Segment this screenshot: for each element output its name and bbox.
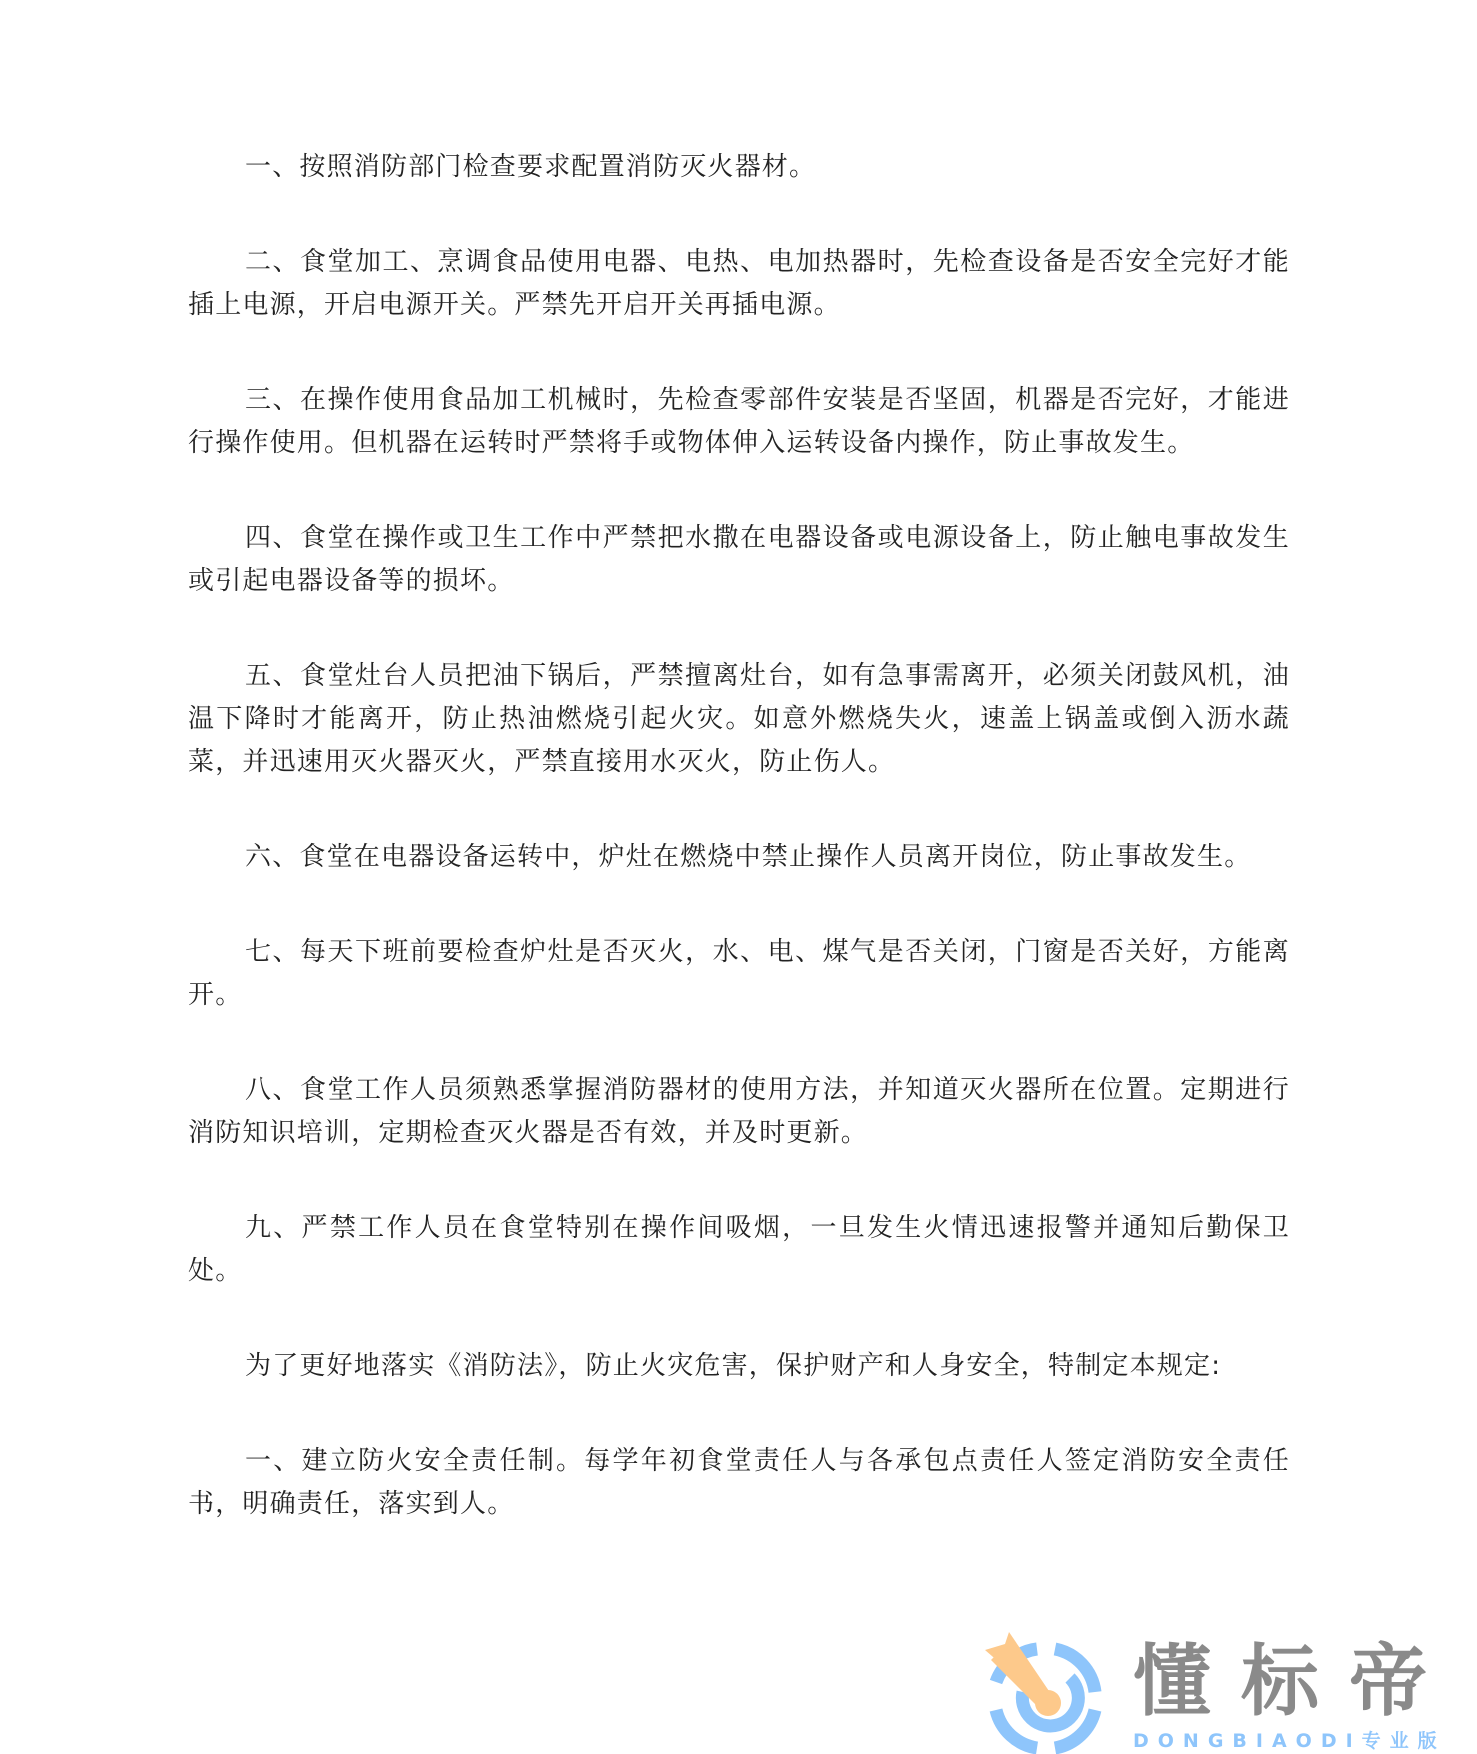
paragraph-4: 四、食堂在操作或卫生工作中严禁把水撒在电器设备或电源设备上，防止触电事故发生或引… (188, 517, 1290, 603)
target-arrow-icon (975, 1630, 1115, 1754)
paragraph-9: 九、严禁工作人员在食堂特别在操作间吸烟，一旦发生火情迅速报警并通知后勤保卫处。 (188, 1207, 1290, 1293)
paragraph-intro: 为了更好地落实《消防法》，防止火灾危害，保护财产和人身安全，特制定本规定: (188, 1345, 1290, 1388)
watermark-title: 懂标帝 (1133, 1638, 1457, 1726)
paragraph-rule-1: 一、建立防火安全责任制。每学年初食堂责任人与各承包点责任人签定消防安全责任书，明… (188, 1440, 1290, 1526)
watermark: 懂标帝 DONGBIAODI专业版 (975, 1630, 1475, 1754)
paragraph-5: 五、食堂灶台人员把油下锅后，严禁擅离灶台，如有急事需离开，必须关闭鼓风机，油温下… (188, 655, 1290, 784)
document-body: 一、按照消防部门检查要求配置消防灭火器材。 二、食堂加工、烹调食品使用电器、电热… (188, 146, 1290, 1578)
paragraph-2: 二、食堂加工、烹调食品使用电器、电热、电加热器时，先检查设备是否安全完好才能插上… (188, 241, 1290, 327)
paragraph-1: 一、按照消防部门检查要求配置消防灭火器材。 (188, 146, 1290, 189)
paragraph-3: 三、在操作使用食品加工机械时，先检查零部件安装是否坚固，机器是否完好，才能进行操… (188, 379, 1290, 465)
watermark-subtitle: DONGBIAODI专业版 (1133, 1730, 1446, 1752)
paragraph-7: 七、每天下班前要检查炉灶是否灭火，水、电、煤气是否关闭，门窗是否关好，方能离开。 (188, 931, 1290, 1017)
paragraph-8: 八、食堂工作人员须熟悉掌握消防器材的使用方法，并知道灭火器所在位置。定期进行消防… (188, 1069, 1290, 1155)
paragraph-6: 六、食堂在电器设备运转中，炉灶在燃烧中禁止操作人员离开岗位，防止事故发生。 (188, 836, 1290, 879)
